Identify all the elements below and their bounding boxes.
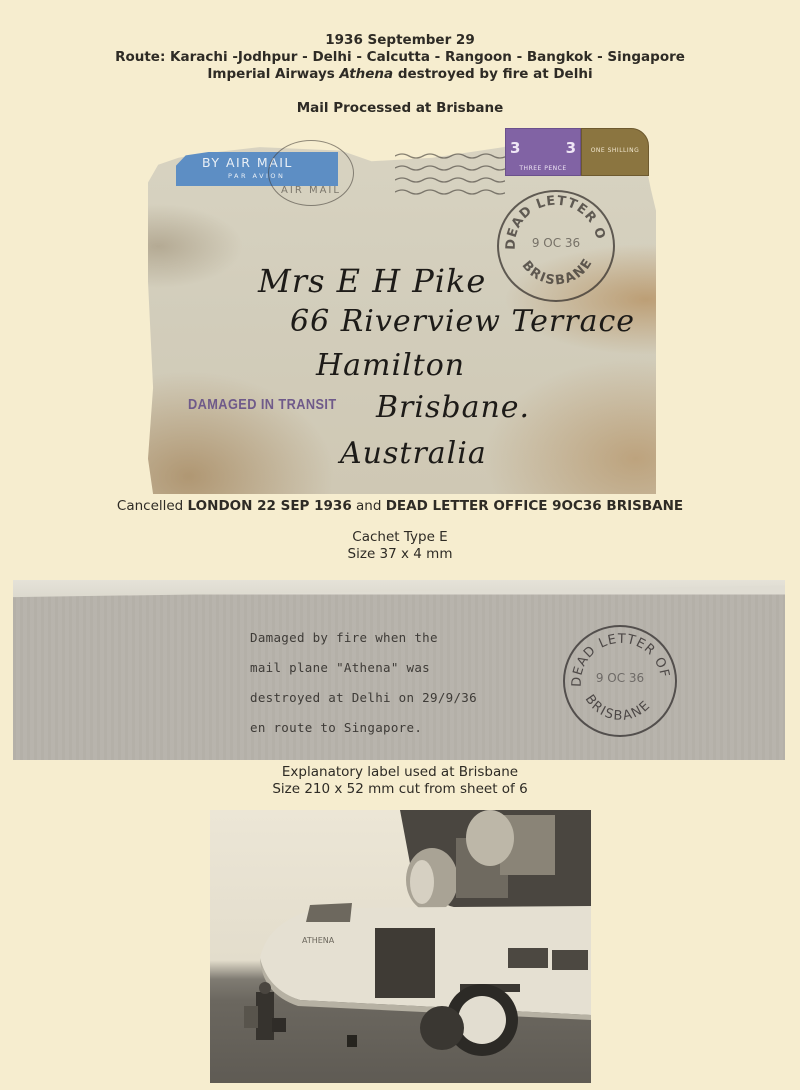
address-line-5: Australia	[340, 436, 487, 471]
processed-line: Mail Processed at Brisbane	[0, 100, 800, 117]
postmark-date: 9 OC 36	[499, 236, 613, 250]
aircraft-name: Athena	[339, 66, 393, 82]
address-line-1: Mrs E H Pike	[258, 262, 486, 300]
label-dead-letter-office-postmark: DEAD LETTER OFFICE BRISBANE 9 OC 36	[563, 625, 677, 737]
page-title: 1936 September 29	[0, 32, 800, 49]
label-caption-1: Explanatory label used at Brisbane	[0, 764, 800, 781]
wavy-cancel-lines	[395, 148, 505, 208]
stamp-text: THREE PENCE	[506, 165, 580, 172]
cancel-prefix: Cancelled	[117, 498, 188, 514]
aircraft-photo: ATHENA	[210, 810, 591, 1083]
cancel-london: LONDON 22 SEP 1936	[188, 498, 352, 514]
address-line-3: Hamilton	[316, 348, 465, 383]
event-suffix: destroyed by fire at Delhi	[393, 66, 592, 82]
london-postmark: AIR MAIL	[268, 140, 354, 206]
svg-text:BRISBANE: BRISBANE	[519, 255, 596, 288]
address-line-4: Brisbane.	[376, 390, 530, 425]
cancel-caption: Cancelled LONDON 22 SEP 1936 and DEAD LE…	[0, 498, 800, 515]
cancel-middle: and	[352, 498, 386, 514]
cancel-dlo: DEAD LETTER OFFICE 9OC36 BRISBANE	[386, 498, 683, 514]
label-line-1: Damaged by fire when the	[250, 630, 438, 645]
stamp-text: ONE SHILLING	[582, 147, 648, 154]
svg-text:BRISBANE: BRISBANE	[582, 692, 654, 724]
label-line-2: mail plane "Athena" was	[250, 660, 430, 675]
stamp-value-right: 3	[566, 139, 576, 157]
event-prefix: Imperial Airways	[207, 66, 339, 82]
label-caption-2: Size 210 x 52 mm cut from sheet of 6	[0, 781, 800, 798]
stamp-value-left: 3	[510, 139, 520, 157]
dead-letter-office-postmark: DEAD LETTER OFFICE BRISBANE 9 OC 36	[497, 190, 615, 302]
damaged-in-transit-cachet: DAMAGED IN TRANSIT	[188, 396, 337, 413]
stamp-three-pence: 3 3 THREE PENCE	[505, 128, 581, 176]
route-line: Route: Karachi -Jodhpur - Delhi - Calcut…	[0, 49, 800, 66]
postmark-bottom-text: BRISBANE	[519, 255, 596, 288]
label-line-4: en route to Singapore.	[250, 720, 422, 735]
event-line: Imperial Airways Athena destroyed by fir…	[0, 66, 800, 83]
cachet-type: Cachet Type E	[0, 529, 800, 546]
label-postmark-bottom-text: BRISBANE	[582, 692, 654, 724]
address-line-2: 66 Riverview Terrace	[290, 304, 635, 339]
cachet-size: Size 37 x 4 mm	[0, 546, 800, 563]
photo-aircraft-name: ATHENA	[302, 936, 335, 945]
label-postmark-date: 9 OC 36	[565, 671, 675, 685]
label-line-3: destroyed at Delhi on 29/9/36	[250, 690, 477, 705]
stamp-one-shilling: ONE SHILLING	[581, 128, 649, 176]
